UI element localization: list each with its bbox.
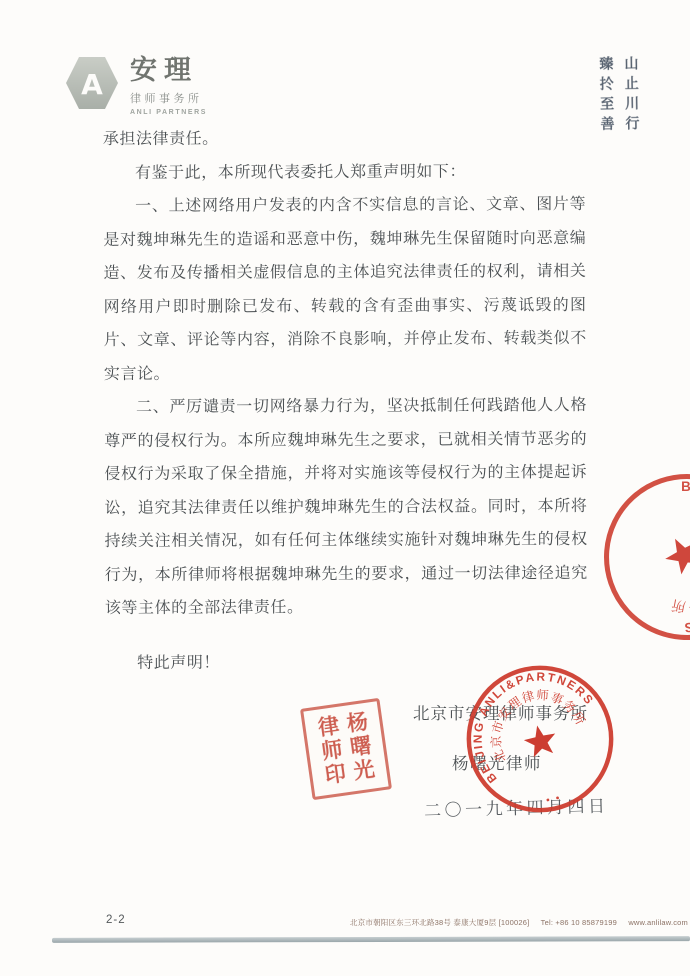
lawyer-name-seal: 律师印 杨曙光 [300,698,392,800]
firm-name-sub: 律师事务所 [130,90,207,106]
carryover-line: 承担法律责任。 [103,120,586,156]
seal-star-icon [662,532,690,580]
svg-text:A: A [81,68,103,101]
seal-star-icon [521,722,559,758]
firm-logo: A 安理 律师事务所 ANLI PARTNERS [66,54,207,116]
scanned-letter-page: A 安理 律师事务所 ANLI PARTNERS 臻扵至善 山止川行 承担法律责… [0,0,690,976]
firm-logo-text: 安理 律师事务所 ANLI PARTNERS [130,54,207,116]
seal-ring-text-en: BEIJING ANLI&PARTNERS [458,658,610,788]
footer-address: 北京市朝阳区东三环北路38号 泰康大厦9层 [100026] [350,918,529,927]
lawyer-seal-right-column: 杨曙光 [343,710,378,785]
anli-hexagon-logo-icon: A [66,54,118,112]
paragraph-1: 一、上述网络用户发表的内含不实信息的言论、文章、图片等是对魏坤琳先生的造谣和恶意… [103,187,587,390]
footer-telephone: Tel: +86 10 85879199 [541,918,617,927]
letterhead-footer: 北京市朝阳区东三环北路38号 泰康大厦9层 [100026] Tel: +86 … [0,917,688,928]
intro-paragraph: 有鉴于此，本所现代表委托人郑重声明如下： [103,153,586,189]
letter-body: 承担法律责任。 有鉴于此，本所现代表委托人郑重声明如下： 一、上述网络用户发表的… [103,120,588,679]
firm-round-seal: BEIJING ANLI&PARTNERS 北京市安理律师事务所 [440,639,639,838]
motto-column-left: 臻扵至善 [597,56,614,136]
scanned-page-bottom-edge [52,936,690,943]
firm-name-en: ANLI PARTNERS [130,109,207,116]
paragraph-2: 二、严厉谴责一切网络暴力行为，坚决抵制任何践踏他人人格尊严的侵权行为。本所应魏坤… [104,388,588,625]
footer-website: www.anlilaw.com [628,918,688,927]
calligraphy-motto: 臻扵至善 山止川行 [597,56,639,137]
svg-text:BEIJING ANLI&PARTNERS: BEIJING ANLI&PARTNERS [458,658,610,788]
motto-column-right: 山止川行 [622,56,639,136]
firm-name-cn: 安理 [130,56,207,86]
